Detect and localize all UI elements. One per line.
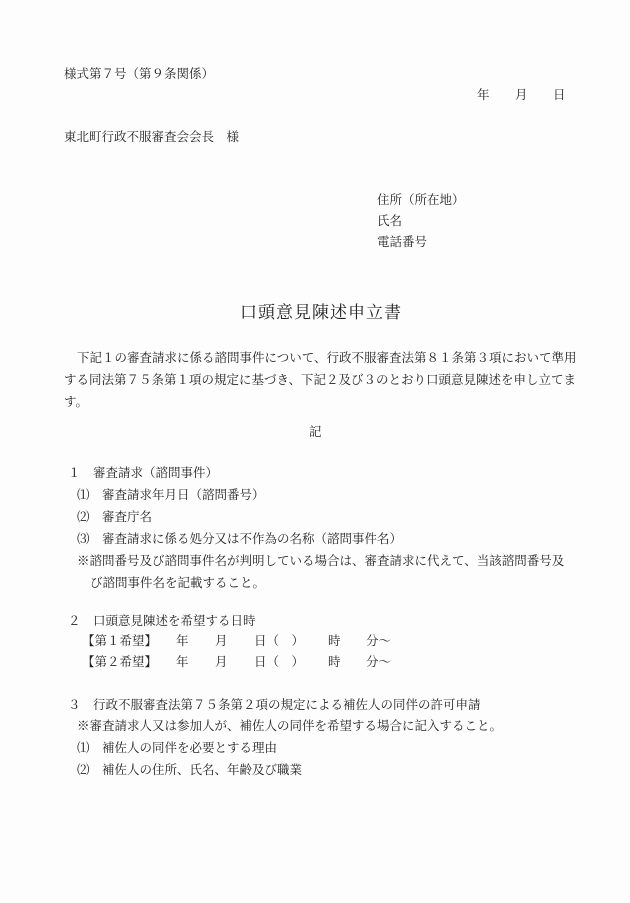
row-hour: 時 [328, 654, 366, 670]
row-day: 日（ ） [254, 654, 328, 670]
document-title: 口頭意見陳述申立書 [240, 305, 402, 321]
row-minute: 分～ [366, 633, 391, 649]
section3-note: ※審査請求人又は参加人が、補佐人の同伴を希望する場合に記入すること。 [77, 718, 502, 734]
phone-label: 電話番号 [377, 234, 427, 250]
row-month: 月 [215, 633, 254, 649]
row-day: 日（ ） [254, 633, 328, 649]
row-year: 年 [176, 654, 215, 670]
section1-note: ※諮問番号及び諮問事件名が判明している場合は、審査請求に代えて、当該諮問番号及 [77, 553, 564, 569]
section1-item: ⑶ 審査請求に係る処分又は不作為の名称（諮問事件名） [77, 531, 402, 547]
date-year: 年 [477, 87, 490, 103]
row-label: 【第２希望】 [82, 654, 176, 670]
section1-heading: １ 審査請求（諮問事件） [68, 465, 218, 481]
row-minute: 分～ [366, 654, 391, 670]
name-label: 氏名 [377, 213, 402, 229]
section3-item: ⑴ 補佐人の同伴を必要とする理由 [77, 740, 277, 756]
form-number: 様式第７号（第９条関係） [64, 66, 214, 82]
row-year: 年 [176, 633, 215, 649]
section3-heading: ３ 行政不服審査法第７５条第２項の規定による補佐人の同伴の許可申請 [68, 697, 481, 713]
address-label: 住所（所在地） [377, 192, 465, 208]
section3-item: ⑵ 補佐人の住所、氏名、年齢及び職業 [77, 762, 302, 778]
row-label: 【第１希望】 [82, 633, 176, 649]
preferred-date-row-2: 【第２希望】年月日（ ）時分～ [82, 654, 391, 670]
section2-heading: ２ 口頭意見陳述を希望する日時 [68, 613, 256, 629]
row-hour: 時 [328, 633, 366, 649]
date-month: 月 [515, 87, 528, 103]
section1-item: ⑴ 審査請求年月日（諮問番号） [77, 487, 265, 503]
section1-item: ⑵ 審査庁名 [77, 509, 152, 525]
date-day: 日 [553, 87, 566, 103]
section1-note: び諮問事件名を記載すること。 [90, 575, 265, 591]
preferred-date-row-1: 【第１希望】年月日（ ）時分～ [82, 633, 391, 649]
ki-label: 記 [309, 424, 322, 440]
addressee: 東北町行政不服審査会会長 様 [64, 129, 239, 145]
body-paragraph: 下記１の審査請求に係る諮問事件について、行政不服審査法第８１条第３項において準用… [64, 347, 578, 413]
row-month: 月 [215, 654, 254, 670]
